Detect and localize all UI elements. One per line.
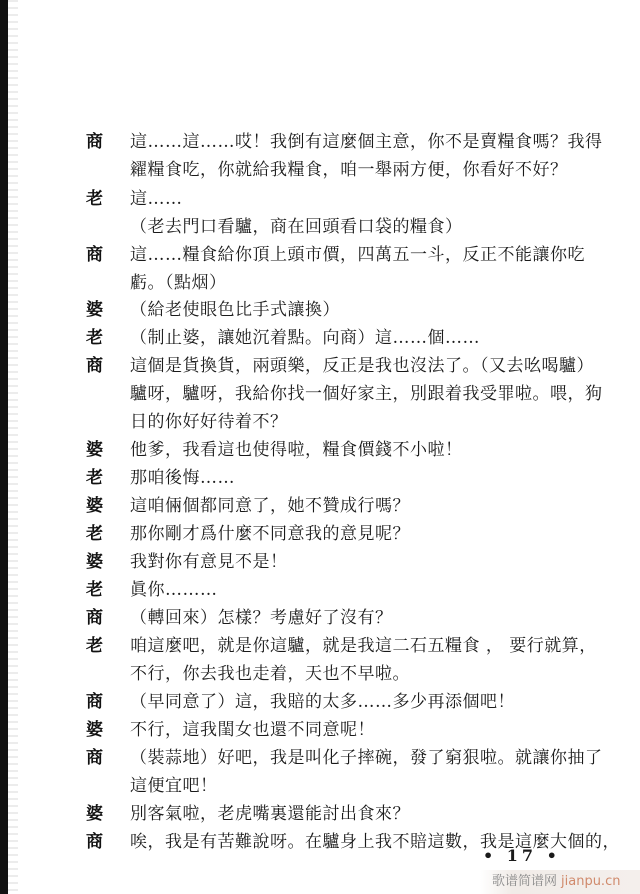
script-line: 婆別客氣啦，老虎嘴裏還能討出食來？: [0, 801, 640, 827]
script-line: 虧。（點烟）: [0, 270, 640, 296]
speaker-label: 婆: [86, 437, 110, 463]
script-line: 婆這咱倆個都同意了，她不贊成行嗎？: [0, 493, 640, 519]
speaker-label: 商: [86, 689, 110, 715]
speaker-label: 商: [86, 242, 110, 268]
line-text: （給老使眼色比手式讓換）: [130, 297, 340, 323]
line-text: 不行，這我閨女也還不同意呢！: [130, 717, 375, 743]
speaker-label: 老: [86, 521, 110, 547]
stage-direction-line: （老去門口看驢，商在回頭看口袋的糧食）: [0, 214, 640, 240]
script-line: 糴糧食吃，你就給我糧食，咱一舉兩方便，你看好不好？: [0, 157, 640, 183]
line-text: 這便宜吧！: [130, 773, 218, 799]
line-text: 眞你………: [130, 577, 218, 603]
speaker-label: 商: [86, 353, 110, 379]
line-text: （制止婆，讓她沉着點。向商）這……個……: [130, 325, 480, 351]
line-text: 那你剛才爲什麼不同意我的意見呢？: [130, 521, 410, 547]
line-text: （老去門口看驢，商在回頭看口袋的糧食）: [130, 214, 463, 240]
script-line: 老這……: [0, 186, 640, 212]
speaker-label: 婆: [86, 493, 110, 519]
line-text: 別客氣啦，老虎嘴裏還能討出食來？: [130, 801, 410, 827]
script-line: 婆不行，這我閨女也還不同意呢！: [0, 717, 640, 743]
line-text: （早同意了）這，我賠的太多……多少再添個吧！: [130, 689, 515, 715]
line-text: 這個是貨換貨，兩頭樂，反正是我也沒法了。（又去吆喝驢）: [130, 353, 594, 379]
line-text: 日的你好好待着不？: [130, 409, 288, 435]
script-line: 驢呀，驢呀，我給你找一個好家主，別跟着我受罪啦。喂，狗: [0, 381, 640, 407]
script-line: 老那咱後悔……: [0, 465, 640, 491]
page-number: • 17 •: [483, 846, 561, 865]
speaker-label: 婆: [86, 549, 110, 575]
line-text: 這……: [130, 186, 183, 212]
script-line: 商（裝蒜地）好吧，我是叫化子摔碗，發了窮狠啦。就讓你抽了: [0, 745, 640, 771]
script-line: 商這……糧食給你頂上頭市價，四萬五一斗，反正不能讓你吃: [0, 242, 640, 268]
watermark-url: jianpu.cn: [561, 874, 620, 889]
script-line: 商這……這……哎！我倒有這麼個主意，你不是賣糧食嗎？我得: [0, 129, 640, 155]
line-text: 糴糧食吃，你就給我糧食，咱一舉兩方便，你看好不好？: [130, 157, 568, 183]
script-line: 商（早同意了）這，我賠的太多……多少再添個吧！: [0, 689, 640, 715]
script-line: 婆他爹，我看這也使得啦，糧食價錢不小啦！: [0, 437, 640, 463]
speaker-label: 老: [86, 577, 110, 603]
speaker-label: 商: [86, 129, 110, 155]
line-text: 那咱後悔……: [130, 465, 235, 491]
line-text: 虧。（點烟）: [130, 270, 227, 296]
speaker-label: 商: [86, 745, 110, 771]
script-line: 老那你剛才爲什麼不同意我的意見呢？: [0, 521, 640, 547]
speaker-label: 婆: [86, 717, 110, 743]
line-text: （裝蒜地）好吧，我是叫化子摔碗，發了窮狠啦。就讓你抽了: [130, 745, 603, 771]
line-text: 這……這……哎！我倒有這麼個主意，你不是賣糧食嗎？我得: [130, 129, 603, 155]
line-text: （轉回來）怎樣？考慮好了沒有？: [130, 605, 393, 631]
speaker-label: 老: [86, 325, 110, 351]
line-text: 驢呀，驢呀，我給你找一個好家主，別跟着我受罪啦。喂，狗: [130, 381, 603, 407]
speaker-label: 婆: [86, 297, 110, 323]
script-line: 不行，你去我也走着，天也不早啦。: [0, 661, 640, 687]
play-script-page: 商這……這……哎！我倒有這麼個主意，你不是賣糧食嗎？我得 糴糧食吃，你就給我糧食…: [0, 0, 640, 894]
script-line: 婆我對你有意見不是！: [0, 549, 640, 575]
script-line: 老眞你………: [0, 577, 640, 603]
script-line: 老（制止婆，讓她沉着點。向商）這……個……: [0, 325, 640, 351]
script-line: 這便宜吧！: [0, 773, 640, 799]
script-line: 婆（給老使眼色比手式讓換）: [0, 297, 640, 323]
speaker-label: 老: [86, 633, 110, 659]
watermark: 歌谱简谱网jianpu.cn: [480, 870, 640, 894]
speaker-label: 婆: [86, 801, 110, 827]
line-text: 他爹，我看這也使得啦，糧食價錢不小啦！: [130, 437, 463, 463]
line-text: 我對你有意見不是！: [130, 549, 288, 575]
line-text: 不行，你去我也走着，天也不早啦。: [130, 661, 410, 687]
script-line: 老咱這麼吧，就是你這驢，就是我這二石五糧食 ， 要行就算，: [0, 633, 640, 659]
script-line: 商這個是貨換貨，兩頭樂，反正是我也沒法了。（又去吆喝驢）: [0, 353, 640, 379]
line-text: 咱這麼吧，就是你這驢，就是我這二石五糧食 ， 要行就算，: [130, 633, 597, 659]
script-line: 日的你好好待着不？: [0, 409, 640, 435]
line-text: 這……糧食給你頂上頭市價，四萬五一斗，反正不能讓你吃: [130, 242, 585, 268]
speaker-label: 商: [86, 605, 110, 631]
watermark-site-name: 歌谱简谱网: [492, 874, 557, 889]
speaker-label: 商: [86, 829, 110, 855]
speaker-label: 老: [86, 186, 110, 212]
script-line: 商（轉回來）怎樣？考慮好了沒有？: [0, 605, 640, 631]
line-text: 這咱倆個都同意了，她不贊成行嗎？: [130, 493, 410, 519]
speaker-label: 老: [86, 465, 110, 491]
